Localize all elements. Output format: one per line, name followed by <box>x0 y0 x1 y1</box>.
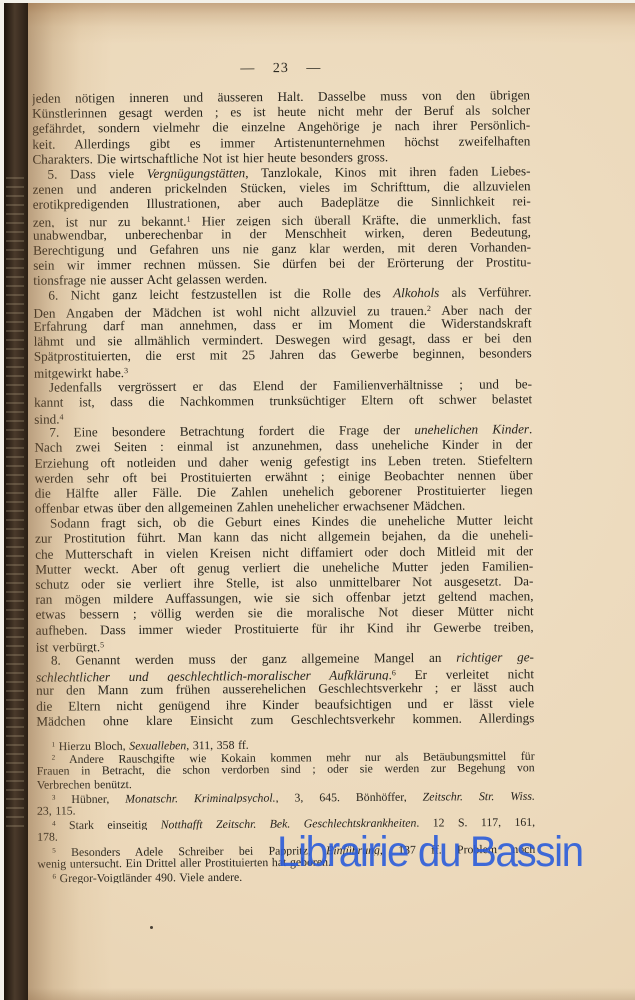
text-segment: Vergnügungstätten <box>147 165 246 181</box>
watermark: Librairie du Bassin <box>277 831 583 874</box>
page-content: — 23 — jeden nötigen inneren und äussere… <box>31 0 536 962</box>
text-segment: Stark einseitig <box>56 818 161 832</box>
footnote-ref: 4 <box>59 412 63 421</box>
text-segment: Monatschr. Kriminalpsychol. <box>125 790 275 804</box>
text-segment: Verbrechen benützt. <box>37 777 132 792</box>
paragraph: 3 Hübner, Monatschr. Kriminalpsychol., 3… <box>37 788 535 818</box>
paragraph: 7. Eine besondere Betrachtung fordert di… <box>34 421 533 516</box>
photo-left-edge <box>0 0 4 1000</box>
text-segment: , 3, 645. Bönhöffer, <box>276 789 423 804</box>
paragraph: 5. Dass viele Vergnügungstätten, Tanzlok… <box>32 163 531 288</box>
text-segment: Mädchen ohne klare Einsicht zum Geschlec… <box>36 710 534 728</box>
text-segment: mitgewirkt habe. <box>34 365 124 379</box>
text-segment: Zeitschr. Str. Wiss. <box>423 789 535 804</box>
text-segment: 6. Nicht ganz leicht festzustellen ist d… <box>48 286 393 303</box>
paragraph: 8. Genannt werden muss der ganz allgemei… <box>36 649 535 728</box>
text-segment: Hierzu Bloch, <box>55 739 129 752</box>
text-segment: aufheben. Dass immer wieder Prostituiert… <box>36 619 534 637</box>
text-segment: tionsfrage nie ausser Acht gelassen werd… <box>33 271 267 288</box>
book-spine-shadow <box>4 0 28 1000</box>
book-page-photo: — 23 — jeden nötigen inneren und äussere… <box>0 0 635 1000</box>
ink-speck <box>150 926 153 929</box>
text-segment: sind. <box>34 411 59 424</box>
text-segment: Sexualleben <box>129 738 186 752</box>
paragraph: Jedenfalls vergrössert er das Elend der … <box>34 376 532 425</box>
facing-page-ghost-text <box>6 170 24 830</box>
text-segment: , Tanzlokale, Kinos mit ihren faden Lieb… <box>245 163 530 180</box>
text-segment: unehelichen Kinder <box>414 421 529 437</box>
text-segment: 5. Dass viele <box>47 166 146 182</box>
page-number: — 23 — <box>32 59 530 78</box>
paragraph: jeden nötigen inneren und äusseren Halt.… <box>32 87 531 166</box>
text-segment: Hübner, <box>55 791 125 804</box>
text-segment: richtiger ge- <box>456 649 534 665</box>
text-segment: 178. <box>37 830 58 844</box>
text-segment: Alkohols <box>393 285 439 300</box>
photo-top-edge <box>0 0 635 3</box>
footnote-ref: 3 <box>124 366 128 375</box>
text-line: Mädchen ohne klare Einsicht zum Geschlec… <box>36 710 534 729</box>
text-segment: keit. Allerdings gibt es immer Artistenu… <box>32 133 530 151</box>
footnote-ref: 5 <box>100 640 104 649</box>
text-segment: Gregor-Voigtländer 490. Viele andere. <box>56 870 242 884</box>
text-segment: ist verbürgt. <box>36 639 100 653</box>
text-segment: . <box>529 421 532 436</box>
text-segment: 23, 115. <box>37 803 76 817</box>
text-segment: als Verführer. <box>439 285 531 301</box>
text-segment: kannt ist, dass die Nachkommen trunksüch… <box>34 391 532 409</box>
text-segment: zen, ist nur zu bekannt. <box>33 213 187 227</box>
paragraph: Sodann fragt sich, ob die Geburt eines K… <box>35 513 534 653</box>
paragraph: 6. Nicht ganz leicht festzustellen ist d… <box>33 285 532 380</box>
paragraph: 2 Andere Rauschgifte wie Kokain kommen m… <box>37 748 535 791</box>
page-bottom-shadow <box>0 988 635 1000</box>
body-text: jeden nötigen inneren und äusseren Halt.… <box>32 87 534 728</box>
